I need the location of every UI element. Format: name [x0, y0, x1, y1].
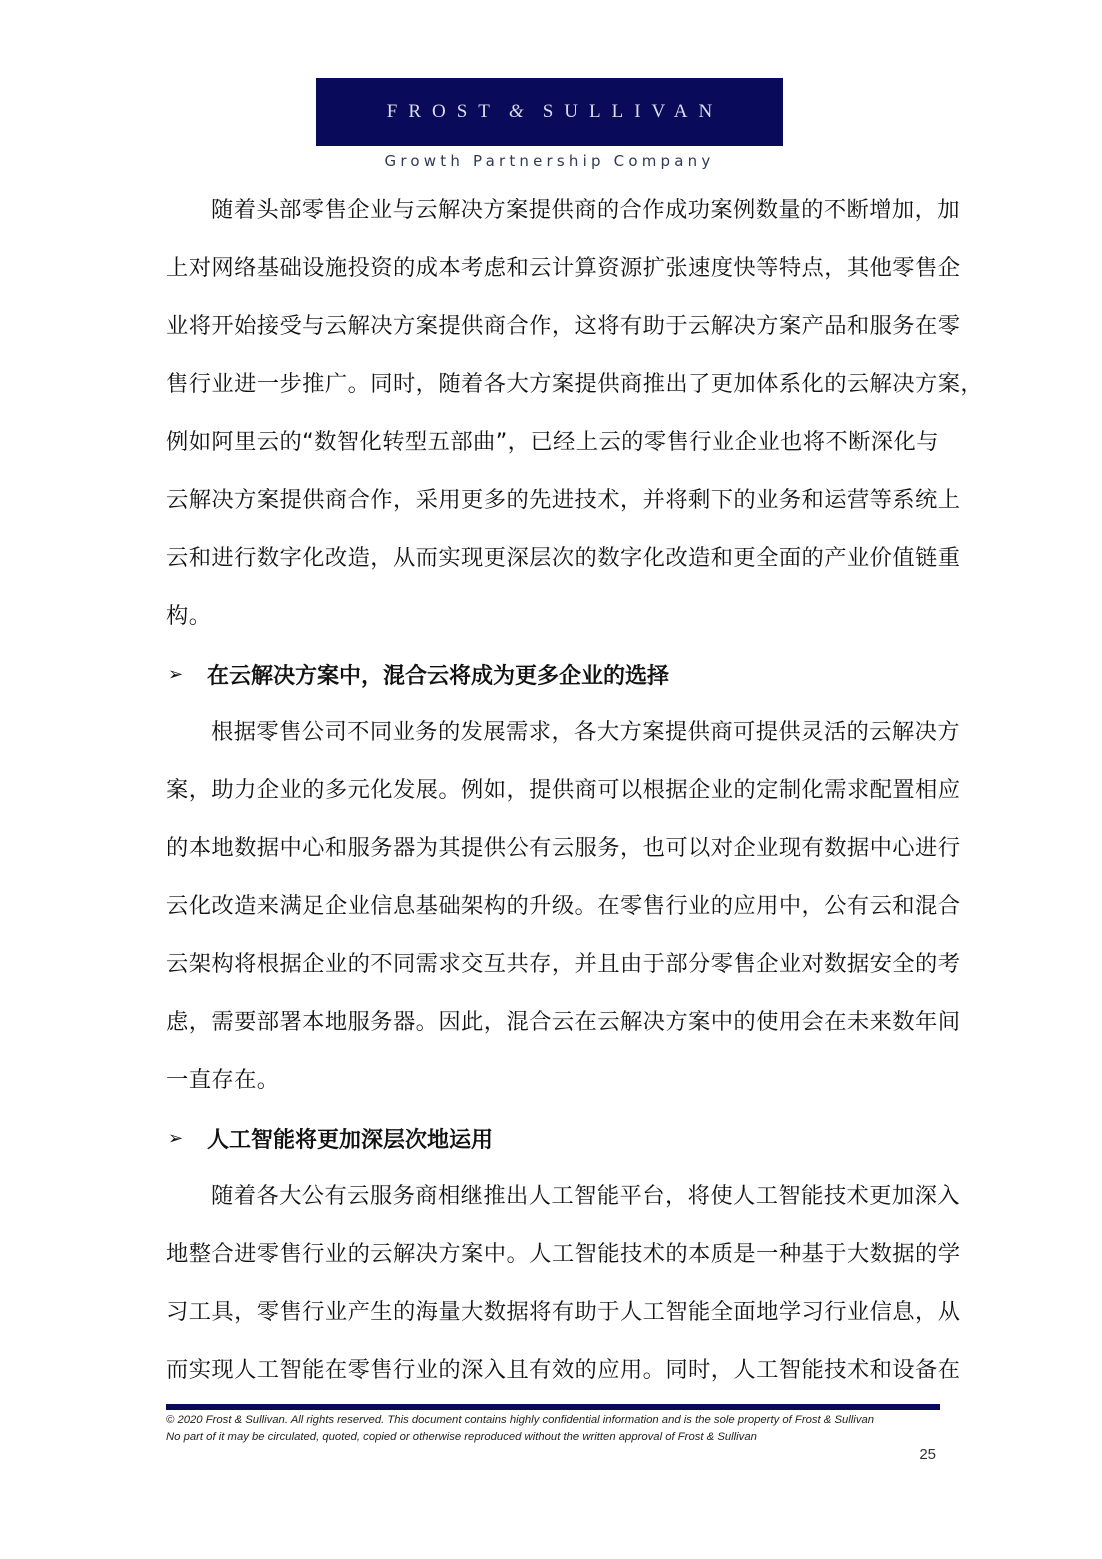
frost-sullivan-logo: FROST&SULLIVAN	[316, 78, 783, 146]
text-line: 地整合进零售行业的云解决方案中。人工智能技术的本质是一种基于大数据的学	[166, 1225, 936, 1283]
text-line: 习工具，零售行业产生的海量大数据将有助于人工智能全面地学习行业信息，从	[166, 1283, 936, 1341]
logo-part1: FROST	[387, 101, 501, 122]
text-line: 云和进行数字化改造，从而实现更深层次的数字化改造和更全面的产业价值链重	[166, 529, 936, 587]
text-line: 售行业进一步推广。同时，随着各大方案提供商推出了更加体系化的云解决方案，	[166, 355, 936, 413]
paragraph-3: 随着各大公有云服务商相继推出人工智能平台，将使人工智能技术更加深入 地整合进零售…	[166, 1167, 936, 1399]
text-line: 云解决方案提供商合作，采用更多的先进技术，并将剩下的业务和运营等系统上	[166, 471, 936, 529]
logo-wordmark: FROST&SULLIVAN	[376, 101, 723, 123]
text-line: 业将开始接受与云解决方案提供商合作，这将有助于云解决方案产品和服务在零	[166, 297, 936, 355]
page-number: 25	[900, 1446, 936, 1463]
section-heading-hybrid-cloud: ➢ 在云解决方案中，混合云将成为更多企业的选择	[166, 645, 936, 703]
section-heading-ai: ➢ 人工智能将更加深层次地运用	[166, 1109, 936, 1167]
text-line: 随着各大公有云服务商相继推出人工智能平台，将使人工智能技术更加深入	[166, 1167, 936, 1225]
heading-text: 人工智能将更加深层次地运用	[207, 1123, 493, 1154]
footer-divider	[166, 1404, 940, 1410]
text-line: 根据零售公司不同业务的发展需求，各大方案提供商可提供灵活的云解决方	[166, 703, 936, 761]
logo-ampersand: &	[509, 101, 535, 122]
heading-text: 在云解决方案中，混合云将成为更多企业的选择	[207, 659, 669, 690]
text-line: 一直存在。	[166, 1051, 936, 1109]
paragraph-1: 随着头部零售企业与云解决方案提供商的合作成功案例数量的不断增加，加 上对网络基础…	[166, 181, 936, 645]
document-body: 随着头部零售企业与云解决方案提供商的合作成功案例数量的不断增加，加 上对网络基础…	[166, 181, 936, 1399]
text-line: 案，助力企业的多元化发展。例如，提供商可以根据企业的定制化需求配置相应	[166, 761, 936, 819]
arrow-bullet-icon: ➢	[166, 1128, 207, 1149]
text-line: 例如阿里云的“数智化转型五部曲”，已经上云的零售行业企业也将不断深化与	[166, 413, 936, 471]
text-line: 云化改造来满足企业信息基础架构的升级。在零售行业的应用中，公有云和混合	[166, 877, 936, 935]
text-line: 构。	[166, 587, 936, 645]
text-line: 上对网络基础设施投资的成本考虑和云计算资源扩张速度快等特点，其他零售企	[166, 239, 936, 297]
logo-part2: SULLIVAN	[543, 101, 724, 122]
text-line: 的本地数据中心和服务器为其提供公有云服务，也可以对企业现有数据中心进行	[166, 819, 936, 877]
text-line: 而实现人工智能在零售行业的深入且有效的应用。同时，人工智能技术和设备在	[166, 1341, 936, 1399]
footer-line-1: © 2020 Frost & Sullivan. All rights rese…	[166, 1412, 946, 1429]
footer-copyright: © 2020 Frost & Sullivan. All rights rese…	[166, 1412, 946, 1446]
text-line: 虑，需要部署本地服务器。因此，混合云在云解决方案中的使用会在未来数年间	[166, 993, 936, 1051]
paragraph-2: 根据零售公司不同业务的发展需求，各大方案提供商可提供灵活的云解决方 案，助力企业…	[166, 703, 936, 1109]
arrow-bullet-icon: ➢	[166, 664, 207, 685]
logo-tagline: Growth Partnership Company	[316, 152, 783, 170]
footer-line-2: No part of it may be circulated, quoted,…	[166, 1429, 946, 1446]
text-line: 随着头部零售企业与云解决方案提供商的合作成功案例数量的不断增加，加	[166, 181, 936, 239]
text-line: 云架构将根据企业的不同需求交互共存，并且由于部分零售企业对数据安全的考	[166, 935, 936, 993]
